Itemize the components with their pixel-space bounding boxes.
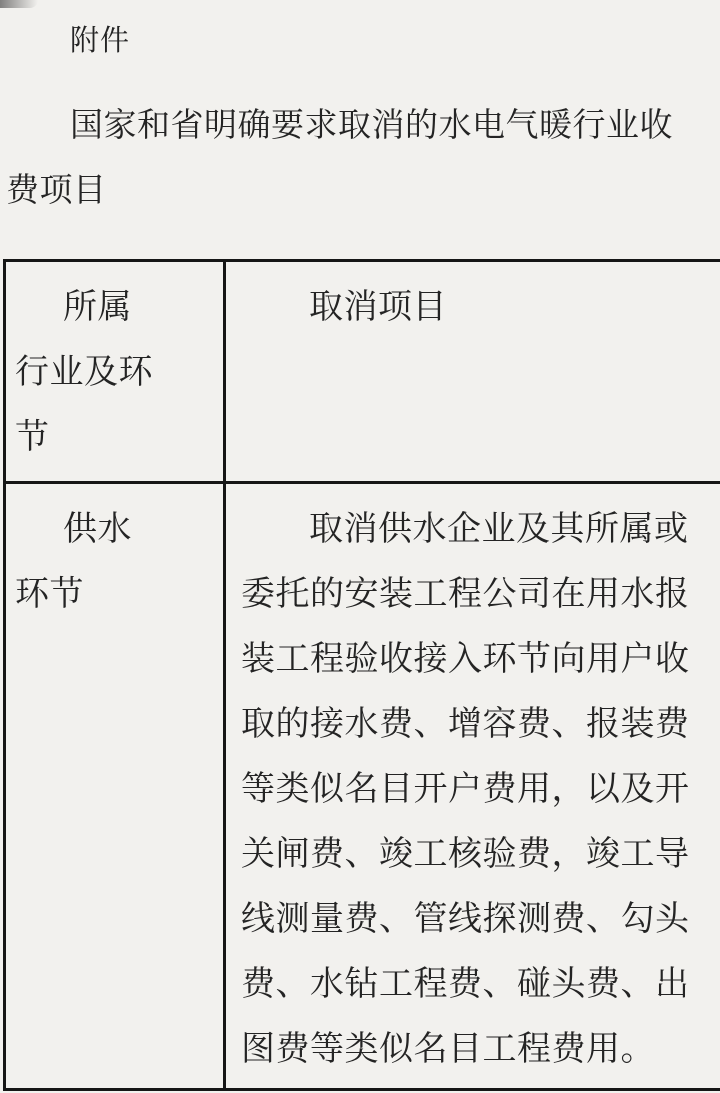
document-page: 附件 国家和省明确要求取消的水电气暖行业收费项目 所属行业及环节 取消项目 供水…	[0, 0, 720, 1093]
document-title: 国家和省明确要求取消的水电气暖行业收费项目	[6, 92, 714, 222]
document-title-line-1: 费项目	[6, 157, 714, 222]
cell-items-water-supply-line-0: 取消供水企业及其所属或	[241, 497, 720, 562]
header-cell-cancelled-items-line-0: 取消项目	[241, 275, 720, 340]
cell-items-water-supply-line-8: 图费等类似名目工程费用。	[241, 1017, 720, 1082]
table-row-water-supply: 供水环节 取消供水企业及其所属或委托的安装工程公司在用水报装工程验收接入环节向用…	[5, 483, 720, 1090]
cell-items-water-supply-line-1: 委托的安装工程公司在用水报	[241, 562, 720, 627]
header-cell-industry-line-2: 节	[15, 405, 219, 470]
cell-items-water-supply-line-2: 装工程验收接入环节向用户收	[241, 627, 720, 692]
cell-items-water-supply-line-3: 取的接水费、增容费、报装费	[241, 692, 720, 757]
attachment-label: 附件	[70, 22, 130, 60]
cell-items-water-supply-line-7: 费、水钻工程费、碰头费、出	[241, 952, 720, 1017]
cell-industry-water-supply: 供水环节	[5, 483, 225, 1090]
cell-items-water-supply-line-4: 等类似名目开户费用，以及开	[241, 757, 720, 822]
photo-corner-artifact	[0, 0, 38, 8]
header-cell-industry-line-1: 行业及环	[15, 340, 219, 405]
cancelled-fees-table: 所属行业及环节 取消项目 供水环节 取消供水企业及其所属或委托的安装工程公司在用…	[3, 259, 720, 1091]
cell-items-water-supply-line-6: 线测量费、管线探测费、勾头	[241, 887, 720, 952]
header-cell-cancelled-items: 取消项目	[225, 261, 720, 483]
cell-industry-water-supply-line-1: 环节	[15, 562, 219, 627]
header-cell-industry-line-0: 所属	[15, 275, 219, 340]
table-header-row: 所属行业及环节 取消项目	[5, 261, 720, 483]
header-cell-industry: 所属行业及环节	[5, 261, 225, 483]
cell-items-water-supply: 取消供水企业及其所属或委托的安装工程公司在用水报装工程验收接入环节向用户收取的接…	[225, 483, 720, 1090]
document-title-line-0: 国家和省明确要求取消的水电气暖行业收	[6, 92, 714, 157]
cell-industry-water-supply-line-0: 供水	[15, 497, 219, 562]
cell-items-water-supply-line-5: 关闸费、竣工核验费，竣工导	[241, 822, 720, 887]
